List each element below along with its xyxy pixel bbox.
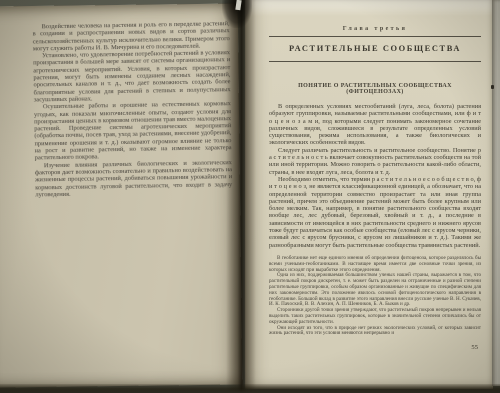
paragraph: Они исходят из того, что в природе нет р… xyxy=(269,326,481,338)
right-page-text: Глава третья РАСТИТЕЛЬНЫЕ СООБЩЕСТВА ПОН… xyxy=(269,26,481,351)
small-print-section: В геоботанике нет еще единого мнения об … xyxy=(269,256,481,337)
paragraph: Воздействие человека на растения и роль … xyxy=(33,20,230,52)
book-bottom-edge xyxy=(0,384,500,393)
divider-bottom xyxy=(269,61,481,62)
paragraph: В определенных условиях местообитаний (л… xyxy=(269,103,481,147)
paragraph: Осушительные работы и орошение на естест… xyxy=(34,100,232,162)
paragraph: Сторонники другой точки зрения утверждаю… xyxy=(269,308,481,325)
gutter-shadow xyxy=(226,0,256,393)
body-text: В определенных условиях местообитаний (л… xyxy=(269,103,481,249)
paragraph: Изучение влияния различных биологических… xyxy=(35,159,233,199)
paragraph: Необходимо отметить, что термин р а с т … xyxy=(269,176,481,249)
section-heading: ПОНЯТИЕ О РАСТИТЕЛЬНЫХ СООБЩЕСТВАХ (ФИТО… xyxy=(269,83,481,95)
ink-speck xyxy=(491,85,494,89)
page-fore-edge xyxy=(492,0,500,386)
paragraph: Следует различать растительность и расти… xyxy=(269,147,481,176)
chapter-title: РАСТИТЕЛЬНЫЕ СООБЩЕСТВА xyxy=(269,44,481,53)
left-page: Воздействие человека на растения и роль … xyxy=(0,4,242,388)
paragraph: Одна из них, поддерживаемая большинством… xyxy=(269,273,481,308)
paragraph: В геоботанике нет еще единого мнения об … xyxy=(269,256,481,273)
chapter-label: Глава третья xyxy=(269,26,481,32)
left-page-text: Воздействие человека на растения и роль … xyxy=(33,20,233,198)
paragraph: Установлено, что удовлетворение потребно… xyxy=(33,49,231,103)
page-number: 55 xyxy=(269,344,481,351)
divider-top xyxy=(269,36,481,37)
book-photo: Воздействие человека на растения и роль … xyxy=(0,0,500,393)
